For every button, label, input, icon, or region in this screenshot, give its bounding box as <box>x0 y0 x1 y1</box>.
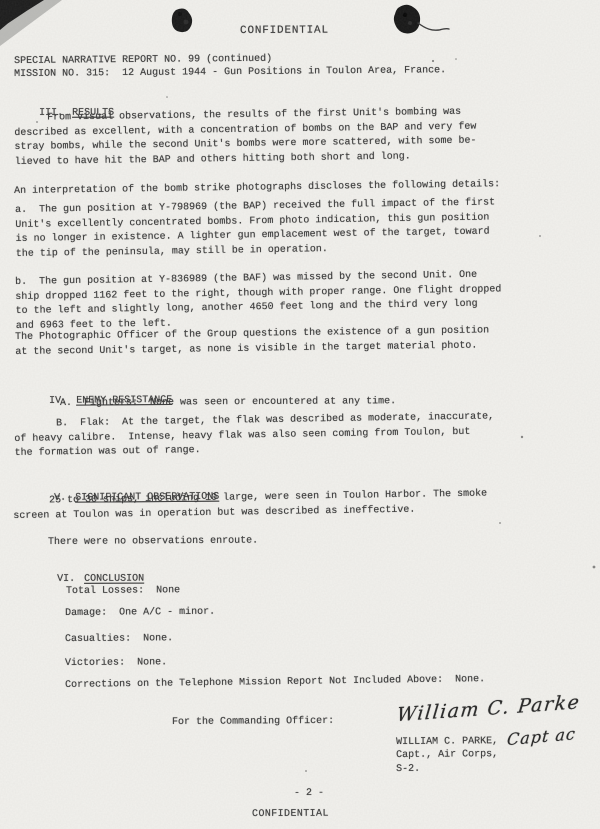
victories-line: Victories: None. <box>65 656 167 671</box>
classification-bottom: CONFIDENTIAL <box>252 808 329 823</box>
handwritten-rank-suffix: Capt ac <box>506 724 576 749</box>
results-paragraph-3: The Photographic Officer of the Group qu… <box>15 324 489 360</box>
ink-blot-right <box>394 5 420 34</box>
handwritten-signature: William C. Parke <box>396 691 582 726</box>
scanned-report-page: CONFIDENTIAL SPECIAL NARRATIVE REPORT NO… <box>0 0 600 829</box>
section-title: CONCLUSION <box>84 573 144 584</box>
fighters-line: A. Fighters: None was seen or encountere… <box>60 395 396 411</box>
classification-top: CONFIDENTIAL <box>240 24 329 39</box>
enroute-line: There were no observations enroute. <box>48 535 258 551</box>
page-number: - 2 - <box>294 787 324 802</box>
ink-blot-left <box>172 9 192 33</box>
total-losses-line: Total Losses: None <box>66 584 180 599</box>
commanding-officer-lead: For the Commanding Officer: <box>172 715 334 731</box>
ink-tail-stroke <box>418 23 449 30</box>
casualties-line: Casualties: None. <box>65 632 173 647</box>
typed-rank: Capt., Air Corps, <box>396 748 498 763</box>
corrections-line: Corrections on the Telephone Mission Rep… <box>65 673 485 693</box>
results-item-a: a. The gun position at Y-798969 (the BAP… <box>15 196 496 262</box>
results-paragraph-1: From visual observations, the results of… <box>14 106 477 170</box>
ships-paragraph: 25 to 30 ships, including 10 large, were… <box>13 488 487 524</box>
mission-line: MISSION NO. 315: 12 August 1944 - Gun Po… <box>14 64 446 82</box>
damage-line: Damage: One A/C - minor. <box>65 606 215 622</box>
results-item-b: b. The gun position at Y-836989 (the BAF… <box>15 268 502 334</box>
flak-paragraph: B. Flak: At the target, the flak was des… <box>14 410 495 461</box>
results-paragraph-2: An interpretation of the bomb strike pho… <box>14 178 500 199</box>
typed-section: S-2. <box>396 763 420 778</box>
